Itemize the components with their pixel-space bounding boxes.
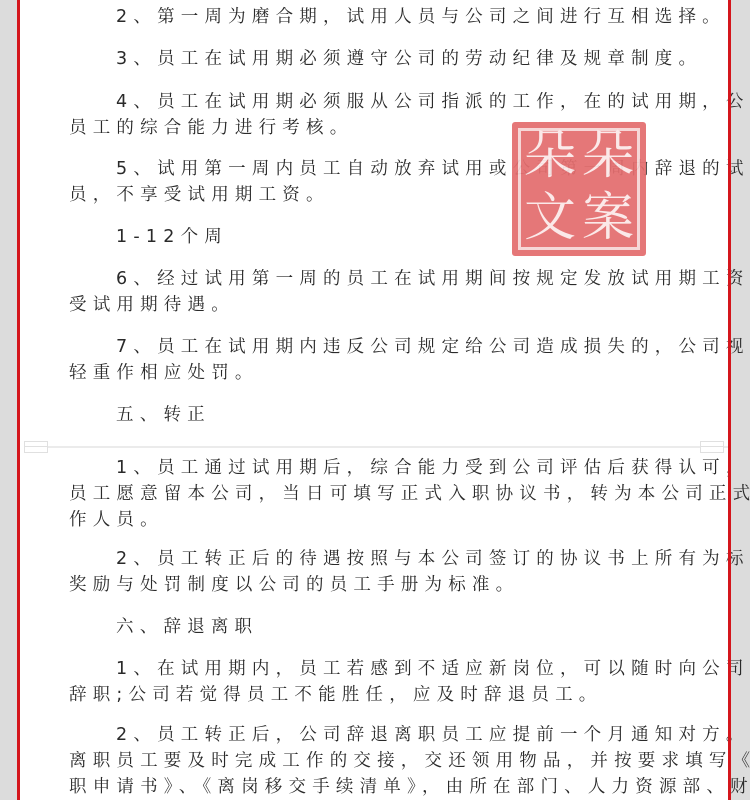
paragraph-line: 职申请书》、《离岗移交手续清单》，由所在部门、人力资源部、财 bbox=[69, 774, 734, 800]
paragraph-line: 六、辞退离职 bbox=[69, 614, 734, 640]
paragraph-line: 2、员工转正后，公司辞退离职员工应提前一个月通知对方。辞退 bbox=[69, 722, 734, 748]
paragraph-line: 2、员工转正后的待遇按照与本公司签订的协议书上所有为标准， bbox=[69, 546, 734, 572]
paragraph-line: 离职员工要及时完成工作的交接，交还领用物品，并按要求填写《离 bbox=[69, 748, 734, 774]
page-break-marker-left-icon bbox=[24, 441, 48, 453]
paragraph-line: 4、员工在试用期必须服从公司指派的工作，在的试用期，公司按 bbox=[69, 89, 734, 115]
page-break-marker-right-icon bbox=[700, 441, 724, 453]
paragraph-line: 轻重作相应处罚。 bbox=[69, 360, 734, 386]
page-break-line bbox=[45, 446, 731, 448]
paragraph-line: 辞职;公司若觉得员工不能胜任，应及时辞退员工。 bbox=[69, 682, 734, 708]
watermark-seal-stamp: 朵 朵 文 案 bbox=[512, 122, 646, 256]
paragraph-line: 7、员工在试用期内违反公司规定给公司造成损失的，公司视情节 bbox=[69, 334, 734, 360]
seal-char: 朵 bbox=[578, 126, 638, 186]
seal-char: 文 bbox=[520, 188, 580, 248]
page-margin-line-right bbox=[728, 0, 731, 800]
paragraph-line: 3、员工在试用期必须遵守公司的劳动纪律及规章制度。 bbox=[69, 46, 734, 72]
document-page: 2、第一周为磨合期，试用人员与公司之间进行互相选择。 3、员工在试用期必须遵守公… bbox=[20, 0, 728, 800]
paragraph-line: 1、在试用期内，员工若感到不适应新岗位，可以随时向公司提出 bbox=[69, 656, 734, 682]
paragraph-line: 五、转正 bbox=[69, 402, 734, 428]
seal-char: 朵 bbox=[520, 126, 580, 186]
paragraph-line: 作人员。 bbox=[69, 507, 734, 533]
paragraph-line: 奖励与处罚制度以公司的员工手册为标准。 bbox=[69, 572, 734, 598]
paragraph-line: 2、第一周为磨合期，试用人员与公司之间进行互相选择。 bbox=[69, 4, 734, 30]
seal-char: 案 bbox=[578, 188, 638, 248]
paragraph-line: 员工愿意留本公司，当日可填写正式入职协议书，转为本公司正式工 bbox=[69, 481, 734, 507]
paragraph-line: 6、经过试用第一周的员工在试用期间按规定发放试用期工资，享 bbox=[69, 266, 734, 292]
paragraph-line: 受试用期待遇。 bbox=[69, 292, 734, 318]
paragraph-line: 1、员工通过试用期后，综合能力受到公司评估后获得认可，并且 bbox=[69, 455, 734, 481]
